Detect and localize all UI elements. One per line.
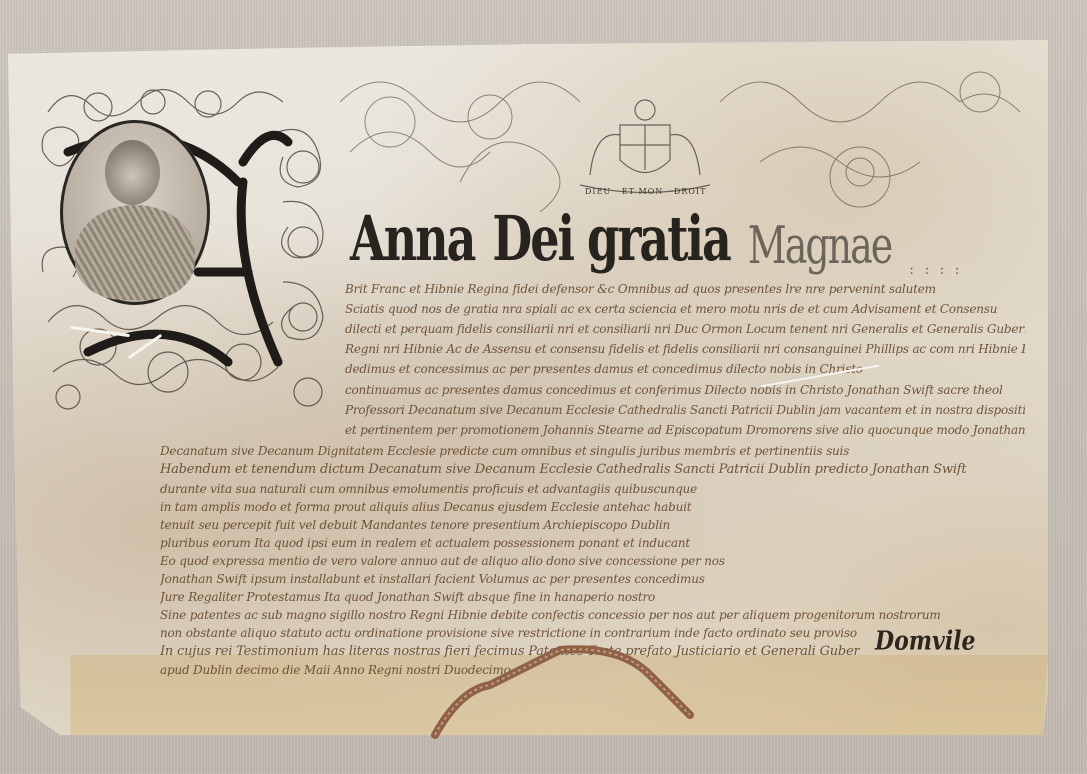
heading-trailing-marks: : : : :	[909, 265, 962, 275]
heading-word-magnae: Magnae	[748, 216, 892, 275]
body-line: Sciatis quod nos de gratia nra spiali ac…	[345, 302, 1025, 316]
motto-middle: ET MON	[622, 187, 663, 196]
body-line: Sine patentes ac sub magno sigillo nostr…	[160, 608, 1020, 622]
body-line: continuamus ac presentes damus concedimu…	[345, 383, 1025, 397]
body-line: Professori Decanatum sive Decanum Eccles…	[345, 403, 1025, 417]
motto-ribbon: DIEU ET MON DROIT	[585, 187, 706, 196]
body-line: in tam amplis modo et forma prout aliqui…	[160, 500, 1020, 514]
motto-right: DROIT	[674, 187, 707, 196]
body-line: Brit Franc et Hibnie Regina fidei defens…	[345, 282, 1025, 296]
heading-word-anna: Anna	[350, 202, 474, 275]
body-line: tenuit seu percepit fuit vel debuit Mand…	[160, 518, 1020, 532]
heading-word-dei-gratia: Dei gratia	[492, 202, 729, 275]
document-heading: Anna Dei gratia Magnae : : : :	[350, 205, 963, 275]
body-line: Eo quod expressa mentio de vero valore a…	[160, 554, 1020, 568]
signature-domvile: Domvile	[875, 625, 976, 656]
body-line: et pertinentem per promotionem Johannis …	[345, 423, 1025, 437]
body-line: Regni nri Hibnie Ac de Assensu et consen…	[345, 342, 1025, 356]
portrait-head	[105, 140, 160, 205]
body-line: dilecti et perquam fidelis consiliarii n…	[345, 322, 1025, 336]
body-line-habendum: Habendum et tenendum dictum Decanatum si…	[160, 462, 1020, 477]
seal-cord-icon	[420, 640, 700, 740]
motto-left: DIEU	[585, 187, 611, 196]
queen-anne-portrait	[60, 120, 210, 305]
body-line: Decanatum sive Decanum Dignitatem Eccles…	[160, 444, 1020, 458]
body-line: Jure Regaliter Protestamus Ita quod Jona…	[160, 590, 1020, 604]
body-line: Jonathan Swift ipsum installabunt et ins…	[160, 572, 1020, 586]
portrait-gown	[75, 205, 195, 300]
body-line: durante vita sua naturali cum omnibus em…	[160, 482, 1020, 496]
body-line: pluribus eorum Ita quod ipsi eum in real…	[160, 536, 1020, 550]
body-line: dedimus et concessimus ac per presentes …	[345, 362, 1025, 376]
